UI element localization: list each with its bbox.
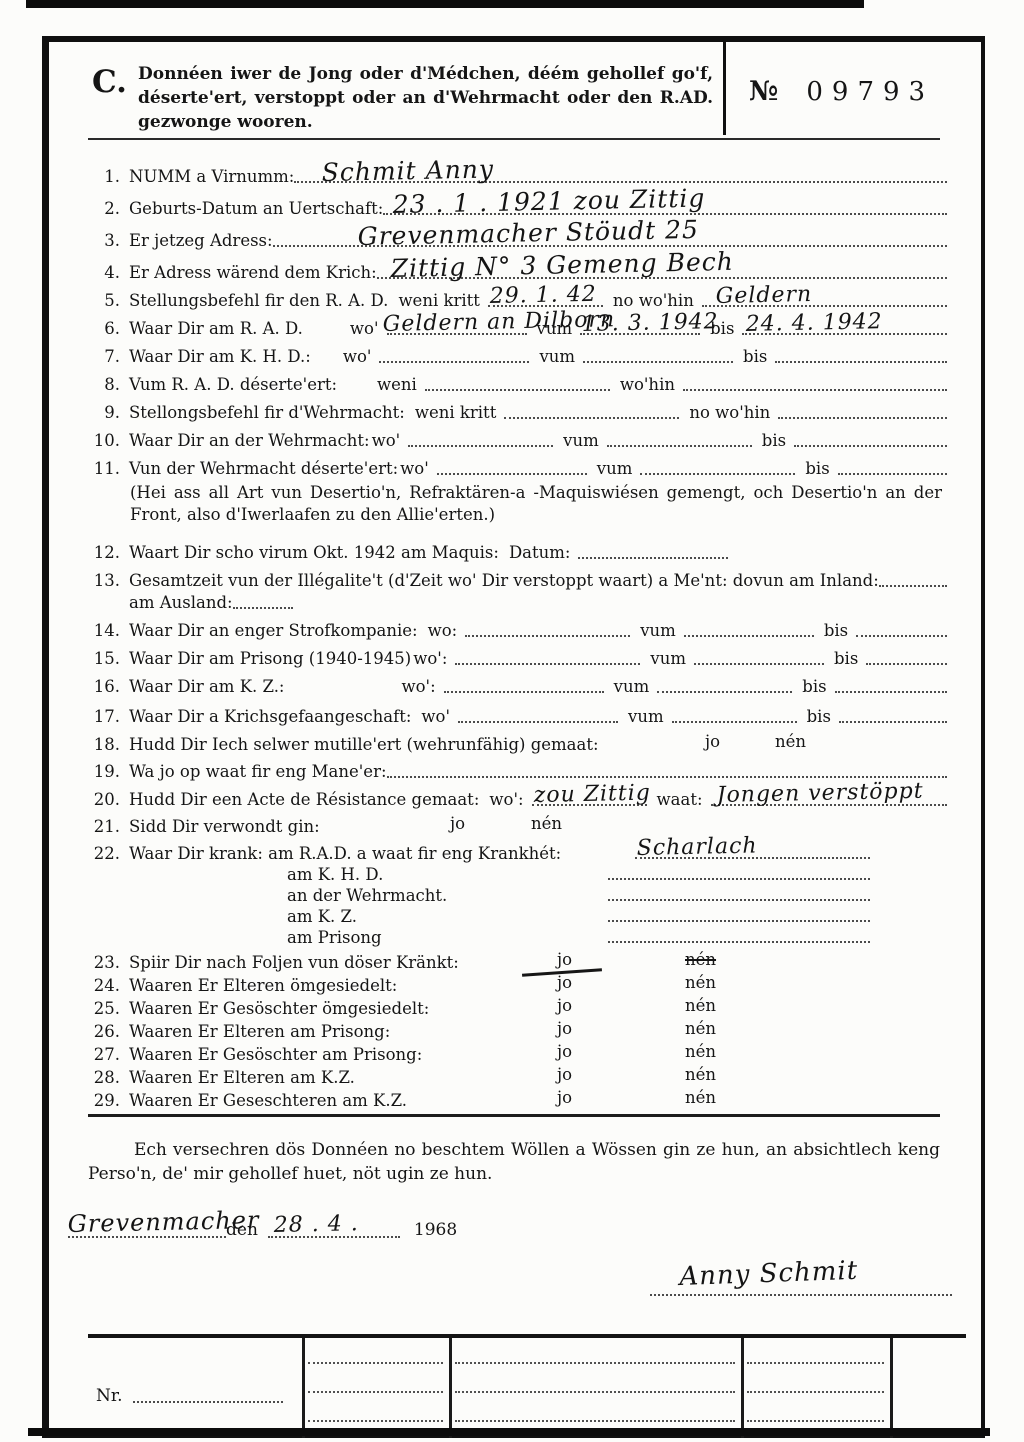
item-label: Waaren Er Elteren ömgesiedelt: (129, 976, 397, 995)
section-divider-rule (88, 1114, 940, 1117)
header-rule (88, 138, 940, 140)
dotted-line (794, 440, 947, 447)
item-number: 2. (67, 199, 129, 218)
dotted-line: Schmit Anny (294, 176, 947, 183)
dotted-line (640, 468, 795, 475)
dotted-line (608, 941, 870, 943)
handwritten-value: Scharlach (636, 833, 757, 861)
field-label: vum (630, 621, 684, 640)
item-label: Er Adress wärend dem Krich: (129, 263, 377, 282)
handwritten-value: Jongen verstöppt (716, 779, 923, 808)
nen-option: nén (685, 1019, 716, 1038)
dotted-line (866, 658, 947, 665)
item-number: 26. (67, 1022, 129, 1041)
item-label: Waaren Er Geseschteren am K.Z. (129, 1091, 407, 1110)
sub-label: an der Wehrmacht. (287, 886, 447, 905)
form-item-26: 26. Waaren Er Elteren am Prisong: jo nén (67, 1018, 947, 1041)
table-dotted-line (747, 1420, 884, 1422)
jo-option: jo (557, 973, 572, 992)
form-item-4: 4. Er Adress wärend dem Krich: Zittig N°… (67, 250, 947, 282)
dotted-line (379, 356, 529, 363)
item-number: 28. (67, 1068, 129, 1087)
table-dotted-line (308, 1362, 443, 1364)
jo-option: jo (450, 814, 465, 833)
item-number: 9. (67, 403, 129, 422)
nen-option: nén (685, 1088, 716, 1107)
item-label: Vum R. A. D. déserte'ert: (129, 375, 337, 394)
field-label: bis (792, 677, 834, 696)
field-label: vum (604, 677, 658, 696)
handwritten-value: 13. 3. 1942 (582, 309, 719, 337)
jo-option: jo (705, 732, 720, 751)
scan-artifact-bottom-bar (28, 1428, 990, 1436)
field-label: bis (795, 459, 837, 478)
form-item-13-line2: am Ausland: (67, 590, 947, 612)
nen-option: nén (685, 973, 716, 992)
form-item-24: 24. Waaren Er Elteren ömgesiedelt: jo né… (67, 972, 947, 995)
field-label: wo' (348, 319, 387, 338)
item-label: Waart Dir scho virum Okt. 1942 am Maquis… (129, 543, 499, 562)
form-item-11: 11. Vun der Wehrmacht déserte'ert: wo' v… (67, 450, 947, 478)
field-label: bis (752, 431, 794, 450)
form-item-1: 1. NUMM a Virnumm: Schmit Anny (67, 154, 947, 186)
dotted-line: 29. 1. 42 (488, 300, 603, 307)
table-divider (890, 1338, 893, 1438)
nen-option: nén (685, 1042, 716, 1061)
item-label: Stellongsbefehl fir d'Wehrmacht: (129, 403, 405, 422)
item-number: 5. (67, 291, 129, 310)
dotted-line (465, 630, 630, 637)
form-item-15: 15. Waar Dir am Prisong (1940-1945) wo':… (67, 640, 947, 668)
item-label: Waar Dir an der Wehrmacht: (129, 431, 370, 450)
item-label: Spiir Dir nach Foljen vun döser Kränkt: (129, 953, 459, 972)
date-dotted-line: 28 . 4 . (268, 1231, 400, 1238)
form-item-3: 3. Er jetzeg Adress: Grevenmacher Stöudt… (67, 218, 947, 250)
dotted-line: Geldern (702, 300, 947, 307)
handwritten-value: 24. 4. 1942 (746, 309, 883, 337)
handwritten-value: 23 . 1 . 1921 zou Zittig (393, 183, 706, 219)
form-number: № 09793 (749, 76, 934, 107)
field-label: no wo'hin (679, 403, 778, 422)
handwritten-signature: Anny Schmit (679, 1256, 859, 1292)
dotted-line (684, 630, 814, 637)
dotted-line (607, 440, 752, 447)
dotted-line (583, 356, 733, 363)
item-label: Stellungsbefehl fir den R. A. D. (129, 291, 388, 310)
item-number: 29. (67, 1091, 129, 1110)
dotted-line (683, 384, 947, 391)
item-label: NUMM a Virnumm: (129, 167, 294, 186)
item-label: Hudd Dir Iech selwer mutille'ert (wehrun… (129, 735, 599, 754)
dotted-line: Grevenmacher Stöudt 25 (273, 240, 947, 247)
dotted-line: Jongen verstöppt (711, 799, 947, 806)
table-dotted-line (455, 1362, 735, 1364)
item-label: Er jetzeg Adress: (129, 231, 273, 250)
dotted-line (455, 658, 640, 665)
item-label: Waar Dir an enger Strofkompanie: (129, 621, 418, 640)
form-border-box: C. Donnéen iwer de Jong oder d'Médchen, … (42, 36, 985, 1438)
item-label: Vun der Wehrmacht déserte'ert: (129, 459, 398, 478)
item-11-note: (Hei ass all Art vun Desertio'n, Refrakt… (130, 478, 942, 522)
table-dotted-line (455, 1420, 735, 1422)
dotted-line (233, 602, 293, 609)
form-item-23: 23. Spiir Dir nach Foljen vun döser Krän… (67, 949, 947, 972)
item-number: 27. (67, 1045, 129, 1064)
field-label: weni kritt (405, 403, 504, 422)
field-label: bis (824, 649, 866, 668)
field-label: wo'hin (610, 375, 683, 394)
form-item-16: 16. Waar Dir am K. Z.: wo': vum bis (67, 668, 947, 696)
handwritten-value: Zittig N° 3 Gemeng Bech (390, 247, 734, 283)
form-item-28: 28. Waaren Er Elteren am K.Z. jo nén (67, 1064, 947, 1087)
form-item-29: 29. Waaren Er Geseschteren am K.Z. jo né… (67, 1087, 947, 1110)
form-item-14: 14. Waar Dir an enger Strofkompanie: wo:… (67, 612, 947, 640)
item-number: 14. (67, 621, 129, 640)
item-label: Waaren Er Gesöschter ömgesiedelt: (129, 999, 429, 1018)
item-number: 20. (67, 790, 129, 809)
item-label: Waaren Er Elteren am Prisong: (129, 1022, 390, 1041)
dotted-line (608, 899, 870, 901)
footer-table: Nr. (88, 1334, 966, 1438)
item-label: Hudd Dir een Acte de Résistance gemaat: (129, 790, 479, 809)
item-number: 7. (67, 347, 129, 366)
form-number-value: 09793 (806, 77, 934, 107)
handwritten-value: 29. 1. 42 (489, 282, 596, 309)
form-item-7: 7. Waar Dir am K. H. D.: wo' vum bis (67, 338, 947, 366)
item-label: Wa jo op waat fir eng Mane'er: (129, 762, 387, 781)
item-number: 24. (67, 976, 129, 995)
form-item-9: 9. Stellongsbefehl fir d'Wehrmacht: weni… (67, 394, 947, 422)
nr-label: Nr. (96, 1386, 123, 1406)
dotted-line (458, 716, 618, 723)
dotted-line (835, 686, 947, 693)
field-label: wo': (400, 677, 444, 696)
dotted-line (672, 716, 797, 723)
dotted-line (775, 356, 947, 363)
dotted-line (387, 771, 947, 778)
handwritten-place: Grevenmacher (67, 1206, 259, 1238)
handwritten-date: 28 . 4 . (273, 1211, 358, 1238)
item-number: 22. (67, 844, 129, 863)
item-label: Gesamtzeit vun der Illégalite't (d'Zeit … (129, 571, 879, 590)
dotted-line (504, 412, 679, 419)
field-label: wo' (341, 347, 380, 366)
field-label: vum (553, 431, 607, 450)
item-label: Waar Dir am Prisong (1940-1945) (129, 649, 411, 668)
form-item-25: 25. Waaren Er Gesöschter ömgesiedelt: jo… (67, 995, 947, 1018)
nen-option: nén (685, 1065, 716, 1084)
field-label: no wo'hin (603, 291, 702, 310)
nen-option: nén (531, 814, 562, 833)
table-divider (302, 1338, 305, 1438)
dotted-line (879, 580, 947, 587)
item-number: 25. (67, 999, 129, 1018)
dotted-line (657, 686, 792, 693)
item-label: Geburts-Datum an Uertschaft: (129, 199, 383, 218)
jo-option: jo (557, 996, 572, 1015)
place-dotted-line: Grevenmacher (68, 1231, 226, 1238)
dotted-line (133, 1396, 283, 1403)
form-title: Donnéen iwer de Jong oder d'Médchen, déé… (138, 62, 713, 134)
dotted-line (578, 552, 728, 559)
jo-option: jo (557, 1065, 572, 1084)
jo-option: jo (557, 1042, 572, 1061)
header-divider (723, 42, 726, 135)
table-dotted-line (308, 1420, 443, 1422)
dotted-line (838, 468, 947, 475)
certification-text: Ech versechren dös Donnéen no beschtem W… (88, 1138, 940, 1186)
form-item-22-sub1: am K. H. D. (67, 863, 947, 884)
item-number: 3. (67, 231, 129, 250)
dotted-line (856, 630, 947, 637)
form-item-27: 27. Waaren Er Gesöschter am Prisong: jo … (67, 1041, 947, 1064)
field-label: bis (797, 707, 839, 726)
nr-field: Nr. (96, 1386, 283, 1406)
field-label: Datum: (499, 543, 579, 562)
numero-sign: № (749, 76, 778, 107)
item-label: am Ausland: (129, 593, 233, 612)
form-item-10: 10. Waar Dir an der Wehrmacht: wo' vum b… (67, 422, 947, 450)
field-label: bis (814, 621, 856, 640)
item-label: Waar Dir a Krichsgefaangeschaft: (129, 707, 411, 726)
dotted-line (425, 384, 610, 391)
item-label: Waar Dir krank: am R.A.D. a waat fir eng… (129, 844, 561, 863)
item-number: 21. (67, 817, 129, 836)
item-label: Sidd Dir verwondt gin: (129, 817, 320, 836)
dotted-line: 23 . 1 . 1921 zou Zittig (383, 208, 947, 215)
form-item-22: 22. Waar Dir krank: am R.A.D. a waat fir… (67, 836, 947, 863)
item-number: 18. (67, 735, 129, 754)
place-and-date-line: Grevenmacher den 28 . 4 . 1968 (68, 1220, 457, 1241)
jo-option: jo (557, 950, 572, 969)
form-item-12: 12. Waart Dir scho virum Okt. 1942 am Ma… (67, 534, 947, 562)
dotted-line (694, 658, 824, 665)
dotted-line: 24. 4. 1942 (742, 328, 947, 335)
table-divider (449, 1338, 452, 1438)
handwritten-value: Grevenmacher Stöudt 25 (357, 215, 699, 251)
form-item-22-sub3: am K. Z. (67, 905, 947, 926)
handwritten-value: zou Zittig (533, 781, 651, 808)
jo-option: jo (557, 1019, 572, 1038)
form-item-20: 20. Hudd Dir een Acte de Résistance gema… (67, 781, 947, 809)
item-label: Waaren Er Elteren am K.Z. (129, 1068, 355, 1087)
item-number: 17. (67, 707, 129, 726)
form-item-5: 5. Stellungsbefehl fir den R. A. D. weni… (67, 282, 947, 310)
item-number: 4. (67, 263, 129, 282)
nen-option: nén (685, 996, 716, 1015)
nen-option-struck: nén (685, 950, 716, 969)
sub-label: am K. Z. (287, 907, 357, 926)
form-item-2: 2. Geburts-Datum an Uertschaft: 23 . 1 .… (67, 186, 947, 218)
form-item-6: 6. Waar Dir am R. A. D. wo' Geldern an D… (67, 310, 947, 338)
item-label: Waar Dir am K. H. D.: (129, 347, 311, 366)
table-dotted-line (455, 1391, 735, 1393)
item-label: Waar Dir am R. A. D. (129, 319, 303, 338)
field-label: bis (733, 347, 775, 366)
field-label: weni (367, 375, 425, 394)
field-label: wo: (418, 621, 466, 640)
item-number: 11. (67, 459, 129, 478)
dotted-line: 13. 3. 1942 (580, 328, 700, 335)
item-number: 23. (67, 953, 129, 972)
item-number: 10. (67, 431, 129, 450)
form-item-18: 18. Hudd Dir Iech selwer mutille'ert (we… (67, 726, 947, 754)
field-label: vum (529, 347, 583, 366)
dotted-line (408, 440, 553, 447)
dotted-line: zou Zittig (532, 799, 647, 806)
field-label: vum (640, 649, 694, 668)
dotted-line: Zittig N° 3 Gemeng Bech (377, 272, 947, 279)
scanned-form-page: C. Donnéen iwer de Jong oder d'Médchen, … (0, 0, 1024, 1442)
section-letter: C. (92, 64, 127, 100)
signature-line: Anny Schmit (650, 1254, 952, 1296)
form-item-17: 17. Waar Dir a Krichsgefaangeschaft: wo'… (67, 696, 947, 726)
item-number: 12. (67, 543, 129, 562)
dotted-line: Geldern an Dilborn (387, 328, 527, 335)
handwritten-value: Geldern (715, 282, 812, 309)
dotted-line (437, 468, 587, 475)
dotted-line (608, 878, 870, 880)
table-dotted-line (747, 1391, 884, 1393)
field-label: wo' (398, 459, 437, 478)
table-dotted-line (747, 1362, 884, 1364)
dotted-line (444, 686, 604, 693)
dotted-line (608, 920, 870, 922)
field-label: wo' (370, 431, 409, 450)
handwritten-value: Schmit Anny (322, 154, 495, 187)
table-dotted-line (308, 1391, 443, 1393)
dotted-line (839, 716, 947, 723)
item-number: 19. (67, 762, 129, 781)
form-item-22-sub2: an der Wehrmacht. (67, 884, 947, 905)
item-label: Waaren Er Gesöschter am Prisong: (129, 1045, 422, 1064)
item-number: 16. (67, 677, 129, 696)
scan-artifact-top-bar (26, 0, 864, 8)
item-number: 8. (67, 375, 129, 394)
field-label: vum (618, 707, 672, 726)
nen-option: nén (775, 732, 806, 751)
item-label: Waar Dir am K. Z.: (129, 677, 285, 696)
form-item-8: 8. Vum R. A. D. déserte'ert: weni wo'hin (67, 366, 947, 394)
form-item-13: 13. Gesamtzeit vun der Illégalite't (d'Z… (67, 562, 947, 590)
item-number: 13. (67, 571, 129, 590)
jo-option: jo (557, 1088, 572, 1107)
field-label: waat: (647, 790, 711, 809)
form-item-19: 19. Wa jo op waat fir eng Mane'er: (67, 754, 947, 781)
item-number: 15. (67, 649, 129, 668)
sub-label: am Prisong (287, 928, 382, 947)
form-item-21: 21. Sidd Dir verwondt gin: jo nén (67, 809, 947, 836)
item-number: 6. (67, 319, 129, 338)
field-label: vum (587, 459, 641, 478)
question-list: 1. NUMM a Virnumm: Schmit Anny 2. Geburt… (67, 154, 947, 1110)
sub-label: am K. H. D. (287, 865, 383, 884)
field-label: wo': (479, 790, 531, 809)
year-label: 1968 (410, 1220, 457, 1241)
dotted-line: Scharlach (635, 857, 870, 859)
dotted-line (778, 412, 947, 419)
table-divider (741, 1338, 744, 1438)
field-label: weni kritt (388, 291, 487, 310)
field-label: wo': (411, 649, 455, 668)
form-item-22-sub4: am Prisong (67, 926, 947, 947)
field-label: wo' (411, 707, 458, 726)
item-number: 1. (67, 167, 129, 186)
